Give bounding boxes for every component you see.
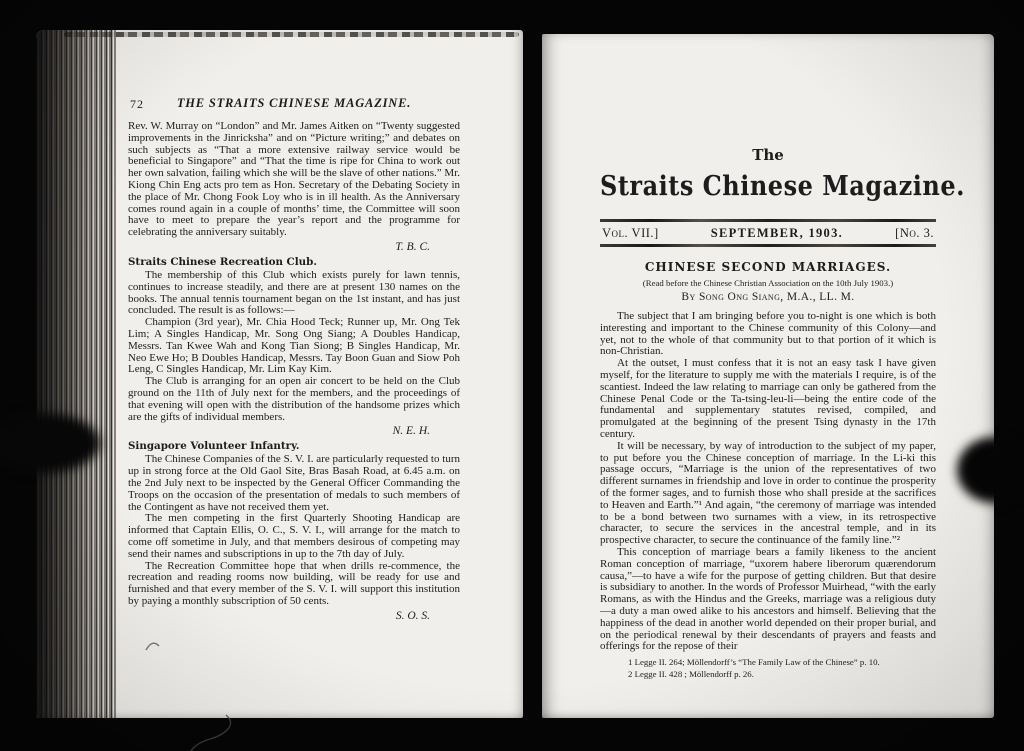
paragraph: It will be necessary, by way of introduc…: [600, 441, 936, 547]
paragraph: The Club is arranging for an open air co…: [128, 376, 460, 423]
paragraph: The men competing in the first Quarterly…: [128, 513, 460, 560]
article-byline: By Song Ong Siang, M.A., LL. M.: [600, 291, 936, 303]
stray-pen-mark: [144, 639, 166, 655]
running-title: THE STRAITS CHINESE MAGAZINE.: [128, 96, 460, 111]
volume-label: Vol. VII.]: [602, 226, 659, 241]
page-edge-stack: [36, 30, 116, 718]
volume-line: Vol. VII.] SEPTEMBER, 1903. [No. 3.: [600, 222, 936, 244]
shadow-blob-right: [957, 437, 1024, 503]
paragraph: Rev. W. Murray on “London” and Mr. James…: [128, 121, 460, 239]
paragraph: The Chinese Companies of the S. V. I. ar…: [128, 454, 460, 513]
page-number: 72: [130, 97, 144, 112]
author-initials: N. E. H.: [128, 425, 460, 437]
right-page: The Straits Chinese Magazine. Vol. VII.]…: [542, 34, 994, 718]
paragraph: This conception of marriage bears a fami…: [600, 547, 936, 653]
footnote: 1 Legge II. 264; Möllendorff’s “The Fami…: [628, 657, 936, 669]
article-title: CHINESE SECOND MARRIAGES.: [600, 260, 936, 274]
masthead-the: The: [600, 146, 936, 164]
left-page: 72 THE STRAITS CHINESE MAGAZINE. Rev. W.…: [36, 30, 523, 718]
section-heading: Singapore Volunteer Infantry.: [128, 440, 460, 452]
paragraph: At the outset, I must confess that it is…: [600, 358, 936, 441]
article-subtitle: (Read before the Chinese Christian Assoc…: [600, 278, 936, 288]
right-page-content: The Straits Chinese Magazine. Vol. VII.]…: [600, 146, 936, 680]
footnote: 2 Legge II. 428 ; Möllendorff p. 26.: [628, 669, 936, 681]
author-initials: T. B. C.: [128, 241, 460, 253]
author-initials: S. O. S.: [128, 610, 460, 622]
paragraph: The membership of this Club which exists…: [128, 270, 460, 317]
photographed-book-scan: 72 THE STRAITS CHINESE MAGAZINE. Rev. W.…: [0, 0, 1024, 751]
running-head: 72 THE STRAITS CHINESE MAGAZINE.: [128, 96, 460, 112]
masthead-title: Straits Chinese Magazine.: [600, 169, 936, 201]
paragraph: The subject that I am bringing before yo…: [600, 311, 936, 358]
page-top-edge-texture: [64, 32, 519, 37]
rule-bottom: [600, 244, 936, 247]
paragraph: Champion (3rd year), Mr. Chia Hood Teck;…: [128, 317, 460, 376]
stray-wire-mark: [186, 713, 238, 751]
issue-date: SEPTEMBER, 1903.: [711, 226, 843, 241]
section-heading: Straits Chinese Recreation Club.: [128, 256, 460, 268]
issue-number: [No. 3.: [895, 226, 934, 241]
paragraph: The Recreation Committee hope that when …: [128, 561, 460, 608]
footnotes: 1 Legge II. 264; Möllendorff’s “The Fami…: [600, 657, 936, 680]
left-page-content: 72 THE STRAITS CHINESE MAGAZINE. Rev. W.…: [128, 96, 460, 625]
